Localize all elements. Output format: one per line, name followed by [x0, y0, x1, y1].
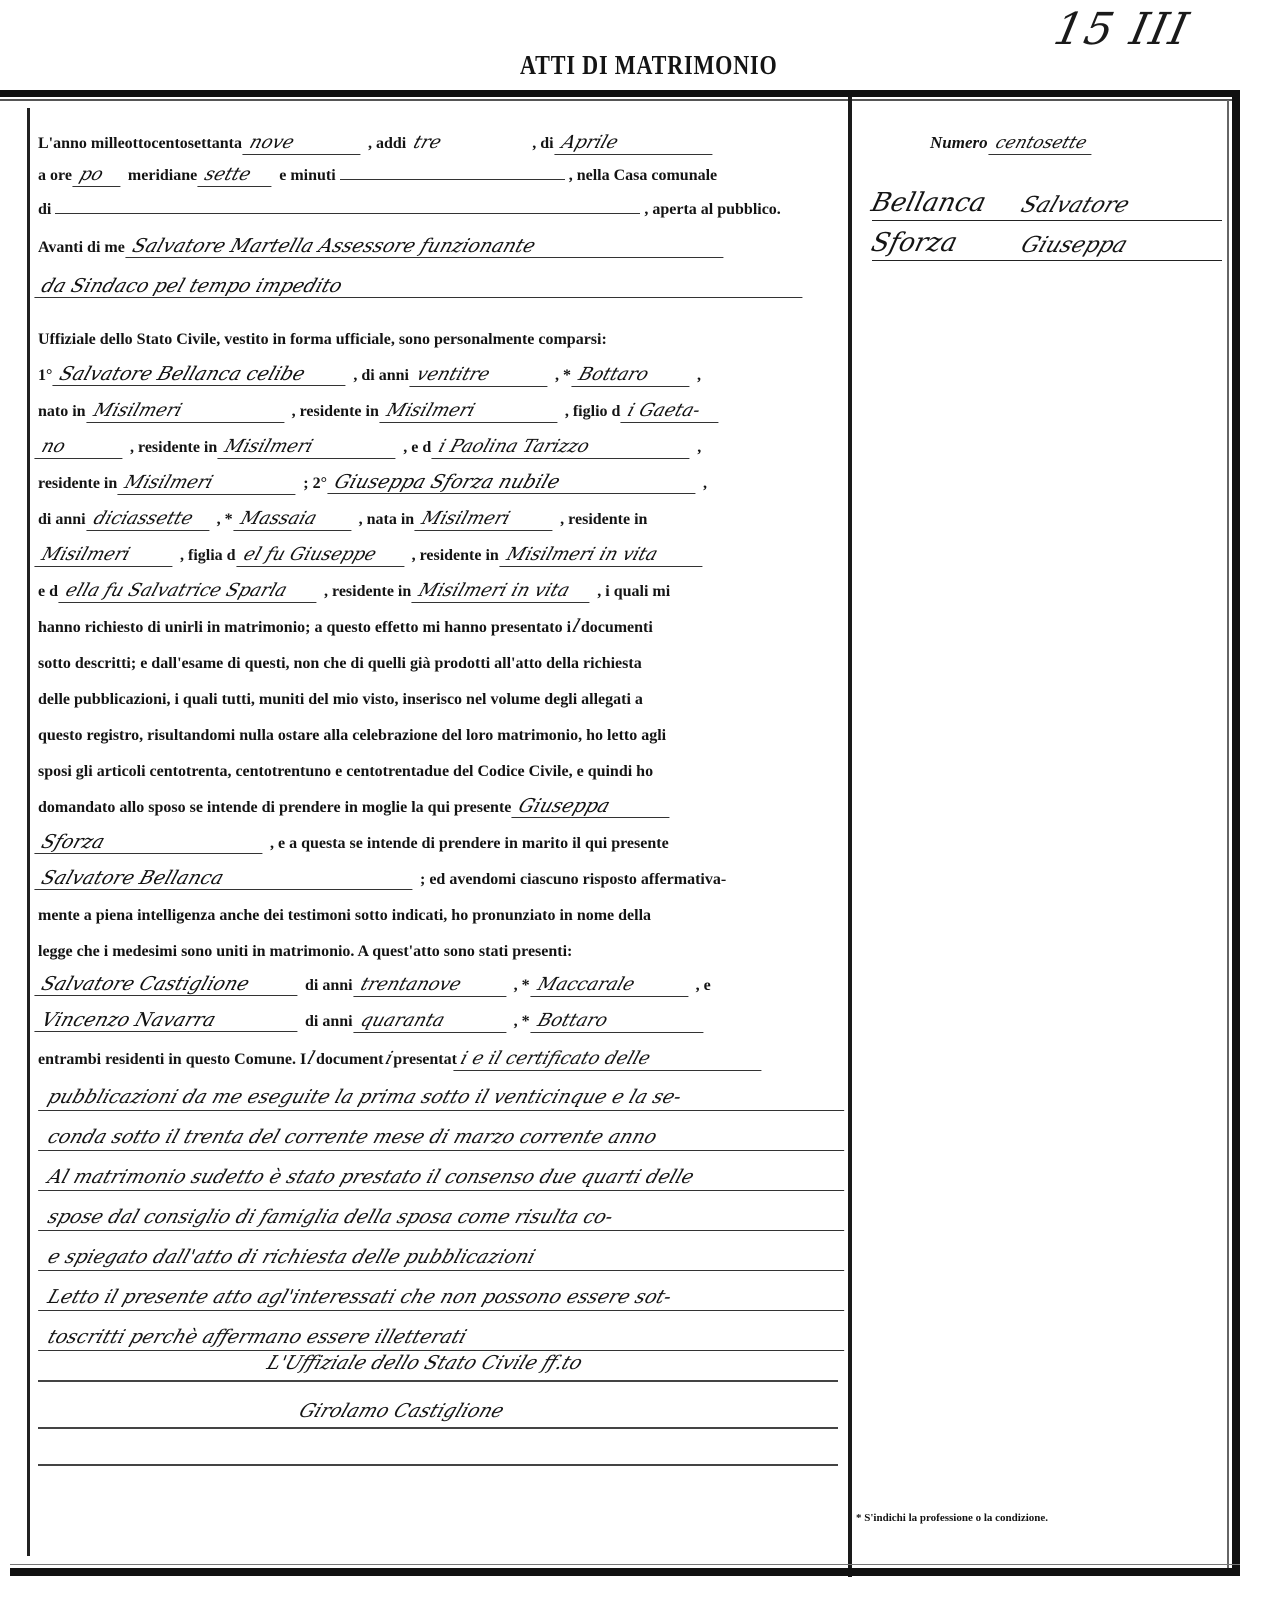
record-line-intro: Uffiziale dello Stato Civile, vestito in… [38, 324, 838, 356]
printed-text: di anni [305, 977, 353, 994]
printed-text: mente a piena intelligenza anche dei tes… [38, 907, 651, 924]
record-line-text-7: legge che i medesimi sono uniti in matri… [38, 936, 838, 968]
column-divider [848, 97, 852, 1577]
printed-text: residente in [38, 475, 117, 492]
record-line-groom-parents: no , residente in Misilmeri , e d i Paol… [38, 432, 838, 464]
record-line-text-4: questo registro, risultandomi nulla osta… [38, 720, 838, 752]
record-line-witness-2: Vincenzo Navarra di anni quaranta , * Bo… [38, 1006, 838, 1038]
record-line-place: di , aperta al pubblico. [38, 194, 838, 226]
bride-mother-residence-field: Misilmeri in vita [412, 580, 597, 603]
printed-text: , addi [368, 135, 406, 152]
printed-text: 1° [38, 367, 52, 384]
printed-text: , residente in [292, 403, 379, 420]
printed-text: Uffiziale dello Stato Civile, vestito in… [38, 331, 607, 348]
witness1-age-field: trentanove [353, 974, 513, 997]
printed-text: meridiane [128, 167, 197, 184]
notes-line-3: Al matrimonio sudetto è stato prestato i… [38, 1164, 853, 1191]
groom-father-cont-field: no [34, 436, 129, 459]
bride-given-name: Giuseppa [1017, 233, 1130, 258]
printed-text: , aperta al pubblico. [644, 201, 780, 218]
record-line-question-bride: Sforza , e a questa se intende di prende… [38, 828, 838, 860]
record-line-date: L'anno milleottocentosettanta nove , add… [38, 128, 838, 160]
printed-text: , * [514, 977, 530, 994]
bride-birthplace-field: Misilmeri [414, 508, 559, 531]
printed-text: ; ed avendomi ciascuno risposto affermat… [420, 871, 726, 888]
record-line-bride-father: Misilmeri , figlia d el fu Giuseppe , re… [38, 540, 838, 572]
frame-border-bottom [10, 1568, 1240, 1576]
groom-given-name: Salvatore [1017, 193, 1132, 218]
notes-line-4: spose dal consiglio di famiglia della sp… [38, 1204, 853, 1231]
bride-surname-field: Sforza [34, 831, 269, 854]
printed-text: nato in [38, 403, 86, 420]
record-line-question-groom: domandato allo sposo se intende di prend… [38, 792, 838, 824]
signature-rule-3 [38, 1464, 838, 1466]
record-line-officer-cont: da Sindaco pel tempo impedito [38, 272, 838, 304]
mother-residence-field: Misilmeri [118, 472, 303, 495]
signature-officer-name: Girolamo Castiglione [296, 1400, 507, 1422]
printed-text: sposi gli articoli centotrenta, centotre… [38, 763, 653, 780]
printed-text: document [316, 1051, 384, 1068]
record-line-groom-answer: Salvatore Bellanca ; ed avendomi ciascun… [38, 864, 838, 896]
bride-mother-field: ella fu Salvatrice Sparla [58, 580, 323, 603]
notes-line-6: Letto il presente atto agl'interessati c… [38, 1284, 853, 1311]
frame-border-right [1232, 90, 1240, 1575]
signature-rule-2 [38, 1427, 838, 1429]
printed-text: , e [696, 977, 711, 994]
index-groom: Bellanca Salvatore [872, 182, 1222, 221]
printed-text: legge che i medesimi sono uniti in matri… [38, 943, 572, 960]
printed-text: , * [514, 1013, 530, 1030]
record-line-bride: residente in Misilmeri ; 2° Giuseppa Sfo… [38, 468, 838, 500]
record-line-bride-details: di anni diciassette , * Massaia , nata i… [38, 504, 838, 536]
father-residence-field: Misilmeri [218, 436, 403, 459]
frame-border-left [27, 108, 30, 1556]
record-line-groom-birth: nato in Misilmeri , residente in Misilme… [38, 396, 838, 428]
index-bride: Sforza Giuseppa [872, 222, 1222, 261]
printed-text: , [697, 439, 701, 456]
record-line-text-5: sposi gli articoli centotrenta, centotre… [38, 756, 838, 788]
hour-period-field: po [72, 164, 127, 187]
printed-text: presentat [393, 1051, 457, 1068]
printed-text: di anni [38, 511, 86, 528]
record-line-text-2: sotto descritti; e dall'esame di questi,… [38, 648, 838, 680]
frame-border-top [0, 90, 1240, 97]
officer-role-field: da Sindaco pel tempo impedito [34, 275, 809, 298]
record-line-documents: entrambi residenti in questo Comune. Ild… [38, 1044, 838, 1076]
printed-text: documenti [581, 619, 653, 636]
witness1-name-field: Salvatore Castiglione [34, 973, 304, 996]
printed-text: , * [217, 511, 233, 528]
record-line-text-6: mente a piena intelligenza anche dei tes… [38, 900, 838, 932]
bride-age-field: diciassette [86, 508, 216, 531]
printed-text: domandato allo sposo se intende di prend… [38, 799, 511, 816]
groom-age-field: ventitre [409, 364, 554, 387]
bride-father-field: el fu Giuseppe [236, 544, 411, 567]
page-number: 15 III [1050, 4, 1195, 55]
bride-father-residence-field: Misilmeri in vita [499, 544, 709, 567]
printed-text: , nella Casa comunale [569, 167, 717, 184]
printed-text: questo registro, risultandomi nulla osta… [38, 727, 666, 744]
witness1-profession-field: Maccarale [530, 974, 695, 997]
printed-text: entrambi residenti in questo Comune. I [38, 1051, 306, 1068]
printed-text: , [697, 367, 701, 384]
officer-field: Salvatore Martella Assessore funzionante [125, 235, 730, 258]
bride-residence-field: Misilmeri [34, 544, 179, 567]
printed-text: , e d [403, 439, 431, 456]
printed-text: L'anno milleottocentosettanta [38, 135, 242, 152]
frame-border-bottom-inner [10, 1564, 1240, 1565]
printed-text: , [703, 475, 707, 492]
groom-father-field: i Gaeta- [621, 400, 726, 423]
printed-text: , di [532, 135, 553, 152]
printed-text: , nata in [359, 511, 415, 528]
printed-text: di [38, 201, 51, 218]
bride-profession-field: Massaia [233, 508, 358, 531]
printed-text: , residente in [560, 511, 647, 528]
printed-text: , * [555, 367, 571, 384]
hour-field: sette [198, 164, 279, 187]
printed-text: a ore [38, 167, 72, 184]
witness2-profession-field: Bottaro [530, 1010, 710, 1033]
witness2-name-field: Vincenzo Navarra [34, 1009, 304, 1032]
day-field: tre [407, 132, 532, 154]
printed-text: , e a questa se intende di prendere in m… [270, 835, 669, 852]
groom-surname: Bellanca [868, 188, 989, 218]
record-number: Numero centosette [930, 132, 1095, 155]
bride-given-name-field: Giuseppa [512, 795, 677, 818]
printed-text: , i quali mi [597, 583, 670, 600]
groom-residence-field: Misilmeri [379, 400, 564, 423]
month-field: Aprile [554, 132, 719, 155]
record-number-value: centosette [988, 132, 1098, 155]
groom-mother-field: i Paolina Tarizzo [432, 436, 697, 459]
groom-fullname-field: Salvatore Bellanca [34, 867, 419, 890]
place-field [55, 199, 640, 214]
register-title: ATTI DI MATRIMONIO [520, 50, 777, 81]
groom-birthplace-field: Misilmeri [86, 400, 291, 423]
printed-text: , figlio d [565, 403, 621, 420]
frame-border-right-inner [1227, 100, 1229, 1570]
footnote: * S'indichi la professione o la condizio… [856, 1512, 1048, 1524]
printed-text: di anni [305, 1013, 353, 1030]
printed-text: , residente in [130, 439, 217, 456]
documents-note-field: i e il certificato delle [453, 1048, 768, 1071]
notes-line-1: pubblicazioni da me eseguite la prima so… [38, 1084, 853, 1111]
record-line-officer: Avanti di me Salvatore Martella Assessor… [38, 232, 838, 264]
record-line-groom: 1° Salvatore Bellanca celibe , di anni v… [38, 360, 838, 392]
printed-text: sotto descritti; e dall'esame di questi,… [38, 655, 642, 672]
printed-text: , figlia d [180, 547, 236, 564]
year-field: nove [242, 132, 367, 155]
bride-surname: Sforza [868, 228, 960, 258]
printed-text: , residente in [412, 547, 499, 564]
witness2-age-field: quaranta [353, 1010, 513, 1033]
groom-profession-field: Bottaro [571, 364, 696, 387]
signature-rule-1 [38, 1380, 838, 1382]
printed-text: , di anni [353, 367, 409, 384]
notes-line-2: conda sotto il trenta del corrente mese … [38, 1124, 853, 1151]
printed-text: ; 2° [303, 475, 327, 492]
record-line-hour: a ore po meridiane sette e minuti , nell… [38, 160, 838, 192]
signature-officer-title: L'Uffiziale dello Stato Civile ff.to [264, 1352, 586, 1374]
frame-border-top-inner [0, 99, 1232, 101]
printed-text: Avanti di me [38, 239, 125, 256]
record-line-bride-mother: e d ella fu Salvatrice Sparla , resident… [38, 576, 838, 608]
printed-text: , residente in [324, 583, 411, 600]
printed-text: e minuti [279, 167, 335, 184]
bride-name-field: Giuseppa Sforza nubile [327, 471, 702, 494]
printed-text: delle pubblicazioni, i quali tutti, muni… [38, 691, 643, 708]
record-line-text-1: hanno richiesto di unirli in matrimonio;… [38, 612, 838, 644]
notes-line-5: e spiegato dall'atto di richiesta delle … [38, 1244, 853, 1271]
printed-text: hanno richiesto di unirli in matrimonio;… [38, 619, 571, 636]
record-line-witness-1: Salvatore Castiglione di anni trentanove… [38, 970, 838, 1002]
groom-name-field: Salvatore Bellanca celibe [53, 363, 353, 386]
minutes-field [340, 165, 565, 180]
printed-text: e d [38, 583, 58, 600]
record-line-text-3: delle pubblicazioni, i quali tutti, muni… [38, 684, 838, 716]
record-number-label: Numero [930, 133, 988, 152]
notes-line-7: toscritti perchè affermano essere illett… [38, 1324, 853, 1351]
